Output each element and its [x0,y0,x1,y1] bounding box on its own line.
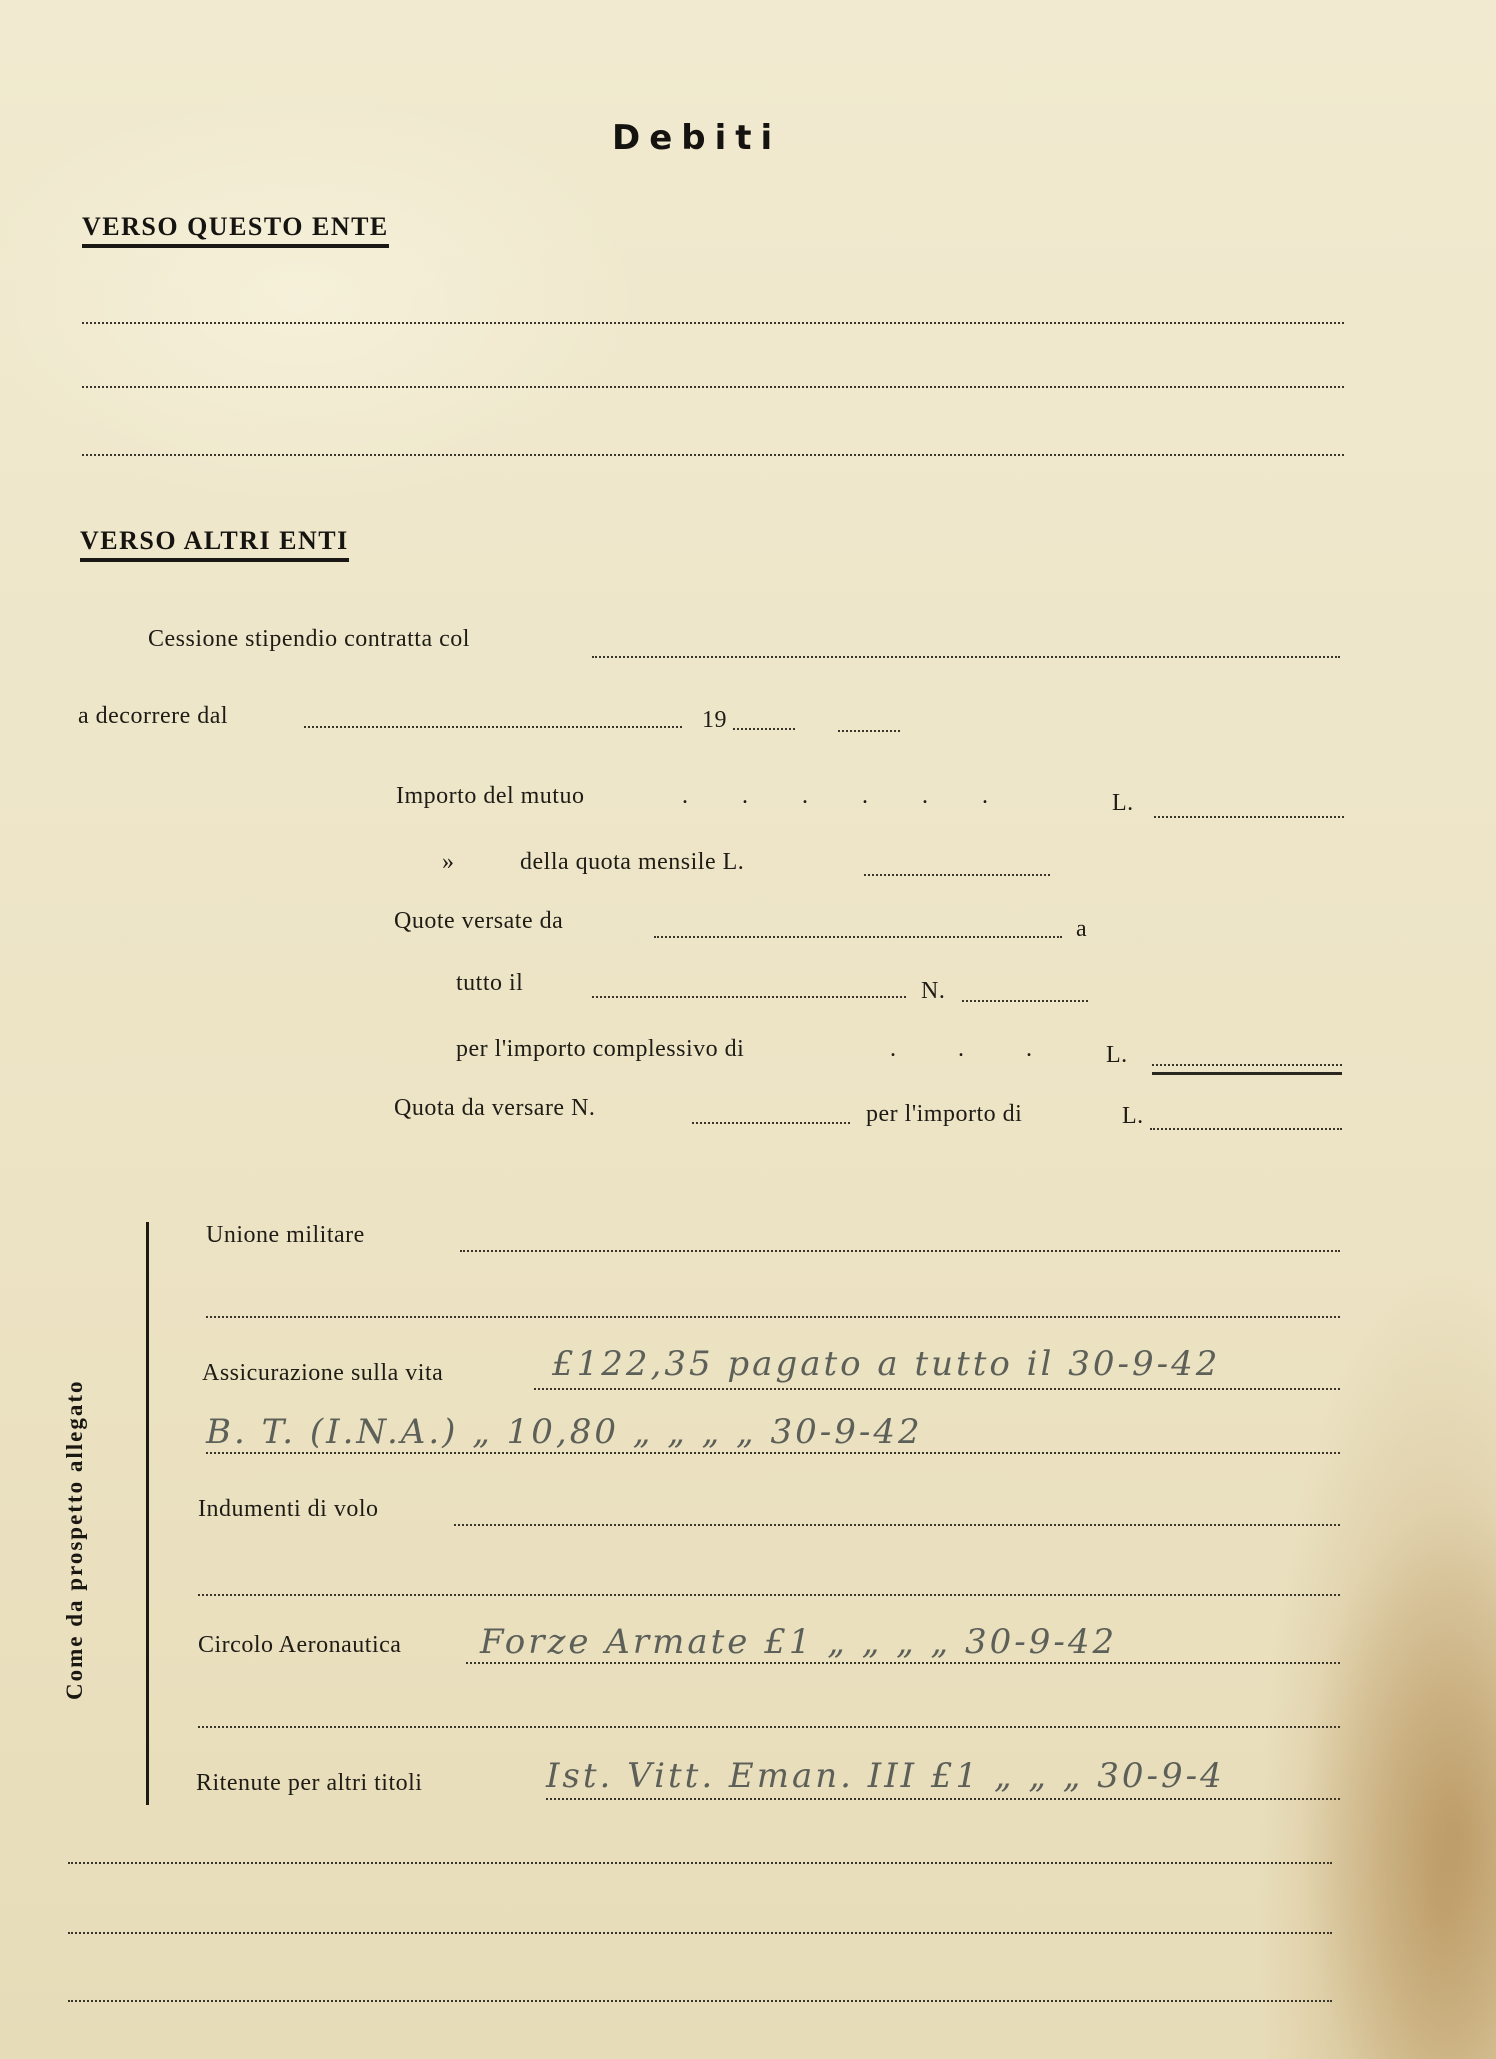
ritenute-altri-titoli-handwritten: Ist. Vitt. Eman. III £1 „ „ „ 30-9-4 [546,1756,1225,1796]
importo-complessivo-currency: L. [1106,1042,1128,1069]
importo-mutuo-field[interactable] [1154,816,1344,818]
assicurazione-vita-handwritten-line-2: B. T. (I.N.A.) „ 10,80 „ „ „ „ 30-9-42 [206,1412,923,1452]
quote-versate-from-field[interactable] [654,936,1062,938]
tutto-il-field[interactable] [592,996,906,998]
circolo-aeronautica-handwritten: Forze Armate £1 „ „ „ „ 30-9-42 [480,1622,1117,1662]
paper-stain [1300,1500,1496,2059]
document-title: Debiti [612,118,781,158]
assicurazione-vita-line-2[interactable] [206,1452,1340,1454]
section-heading-verso-altri-enti: VERSO ALTRI ENTI [80,526,349,562]
year-prefix: 19 [702,707,727,734]
unione-militare-extra-line[interactable] [206,1316,1340,1318]
circolo-aeronautica-label: Circolo Aeronautica [198,1632,401,1659]
decorrere-date-field[interactable] [304,726,682,728]
quote-versate-label: Quote versate da [394,908,563,935]
bottom-blank-line-1[interactable] [68,1862,1332,1864]
importo-complessivo-leader-dots: . . . [890,1036,1060,1063]
circolo-aeronautica-extra-line[interactable] [198,1726,1340,1728]
unione-militare-label: Unione militare [206,1222,365,1249]
blank-line-2[interactable] [82,386,1344,388]
per-importo-di-field[interactable] [1150,1128,1342,1130]
per-importo-di-label: per l'importo di [866,1101,1022,1128]
bottom-blank-line-3[interactable] [68,2000,1332,2002]
tutto-il-N: N. [921,978,945,1005]
indumenti-volo-field[interactable] [454,1524,1340,1526]
tutto-il-N-field[interactable] [962,1000,1088,1002]
decorrere-label: a decorrere dal [78,703,228,730]
ritenute-altri-titoli-field[interactable] [546,1798,1340,1800]
importo-complessivo-label: per l'importo complessivo di [456,1036,744,1063]
unione-militare-field[interactable] [460,1250,1340,1252]
tutto-il-label: tutto il [456,970,523,997]
ritenute-altri-titoli-label: Ritenute per altri titoli [196,1770,422,1797]
side-label-come-da-prospetto: Come da prospetto allegato [62,1379,88,1700]
importo-mutuo-label: Importo del mutuo [396,783,584,810]
year-extra-field[interactable] [838,730,900,732]
indumenti-volo-label: Indumenti di volo [198,1496,378,1523]
section-heading-verso-questo-ente: VERSO QUESTO ENTE [82,212,389,248]
importo-complessivo-field[interactable] [1152,1064,1342,1066]
assicurazione-vita-handwritten: £122,35 pagato a tutto il 30-9-42 [552,1344,1220,1384]
per-importo-di-currency: L. [1122,1103,1144,1130]
assicurazione-vita-label: Assicurazione sulla vita [202,1360,443,1387]
blank-line-1[interactable] [82,322,1344,324]
importo-mutuo-currency: L. [1112,790,1134,817]
blank-line-3[interactable] [82,454,1344,456]
quota-mensile-ditto-mark: » [442,849,455,876]
year-suffix-field[interactable] [733,728,795,730]
assicurazione-vita-field[interactable] [534,1388,1340,1390]
quota-mensile-label: della quota mensile L. [520,849,744,876]
importo-complessivo-underline [1152,1072,1342,1075]
bracket-line [146,1222,149,1805]
quota-da-versare-N-field[interactable] [692,1122,850,1124]
quota-da-versare-label: Quota da versare N. [394,1095,595,1122]
quote-versate-a: a [1076,916,1087,943]
importo-mutuo-leader-dots: . . . . . . [682,783,1012,810]
cessione-stipendio-label: Cessione stipendio contratta col [148,626,470,653]
circolo-aeronautica-field[interactable] [466,1662,1340,1664]
bottom-blank-line-2[interactable] [68,1932,1332,1934]
indumenti-volo-extra-line[interactable] [198,1594,1340,1596]
cessione-stipendio-field[interactable] [592,656,1340,658]
quota-mensile-field[interactable] [864,874,1050,876]
